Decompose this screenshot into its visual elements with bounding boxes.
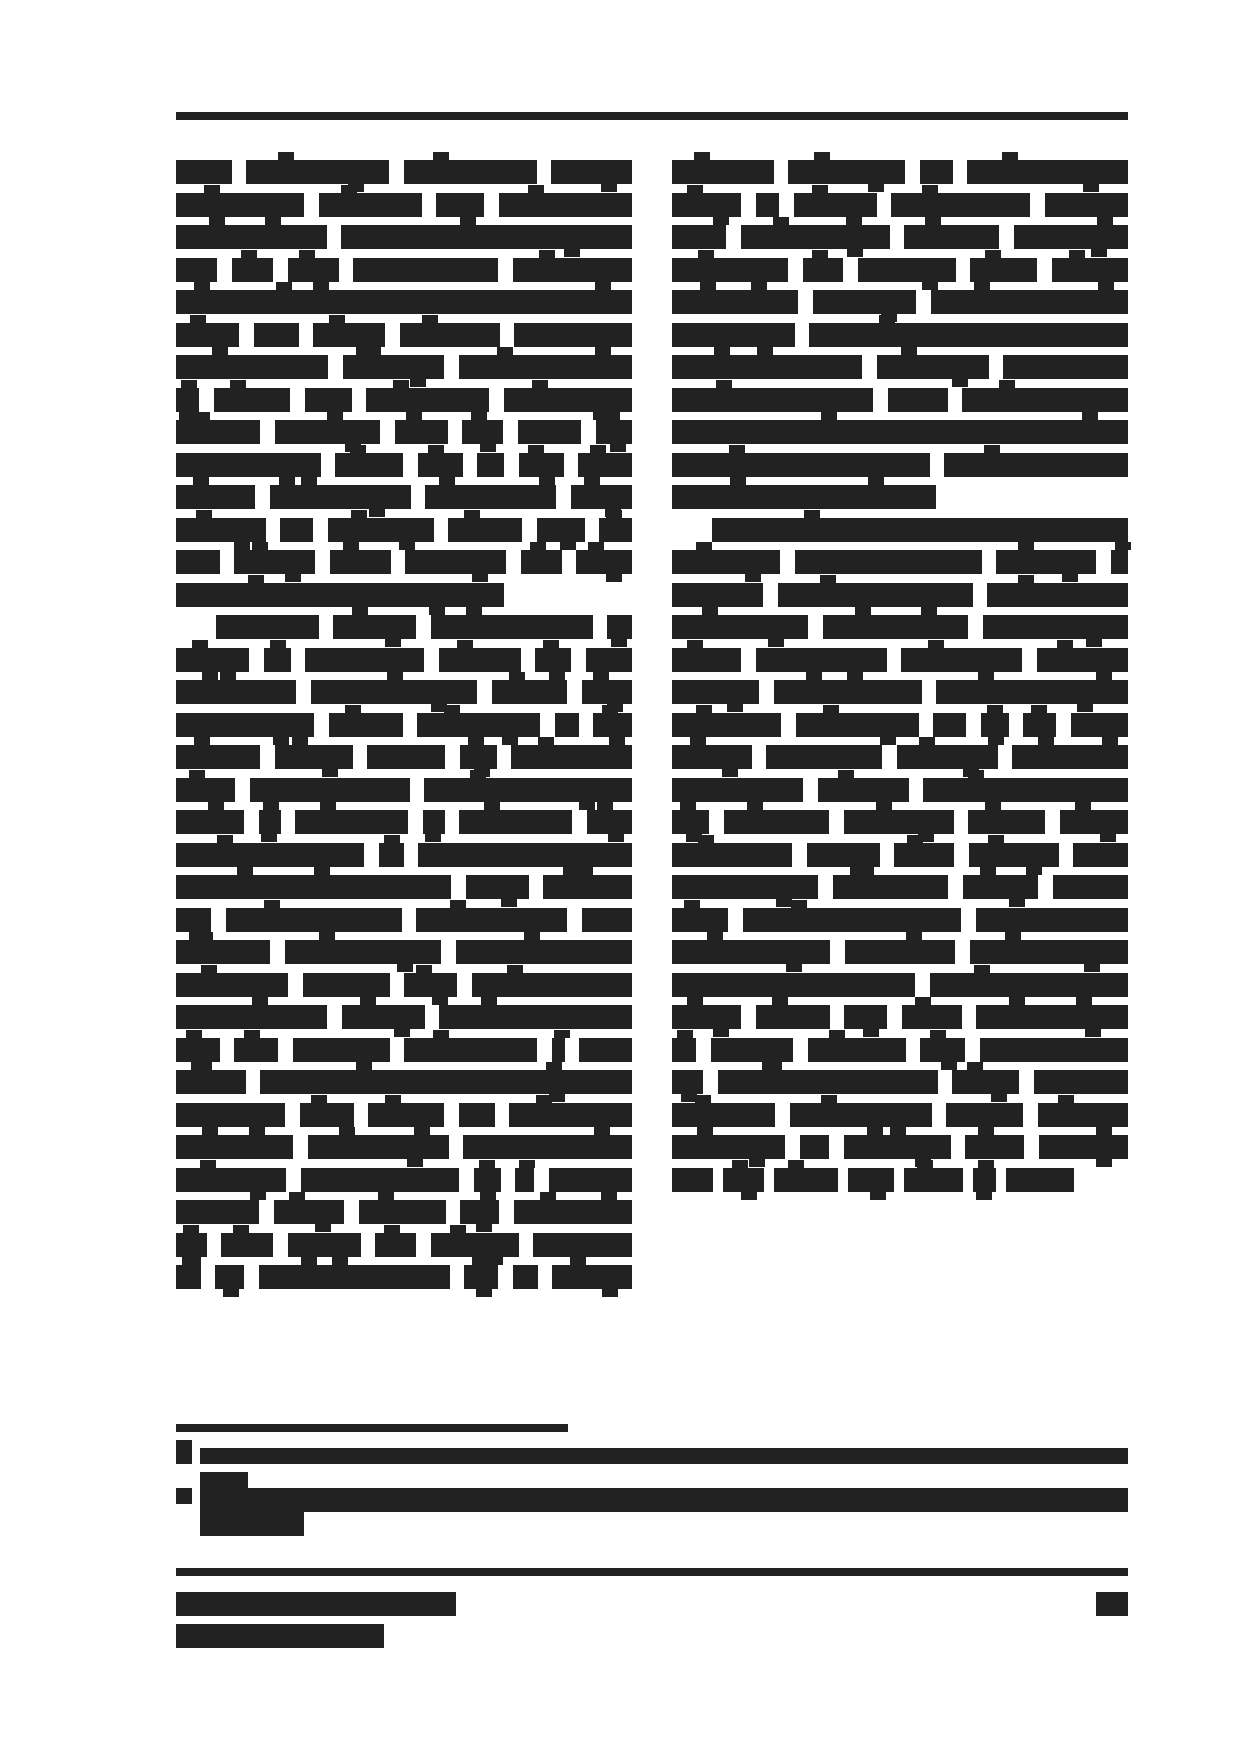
redacted-word <box>395 420 448 444</box>
text-line <box>176 908 632 932</box>
text-line <box>672 388 1128 412</box>
redacted-word <box>976 908 1128 932</box>
journal-name-text: [redacted] <box>176 1592 177 1593</box>
redacted-word <box>176 453 321 477</box>
redacted-word <box>417 713 540 737</box>
redacted-word <box>295 810 408 834</box>
text-line <box>176 778 632 802</box>
text-line <box>672 908 1128 932</box>
redacted-word <box>766 745 882 769</box>
redacted-word <box>888 388 948 412</box>
redacted-word <box>537 518 585 542</box>
redacted-word <box>319 193 422 217</box>
redacted-word <box>514 1200 632 1224</box>
redacted-word <box>818 778 909 802</box>
redacted-word <box>672 323 795 347</box>
redacted-word <box>672 193 741 217</box>
redacted-word <box>215 1265 244 1289</box>
redacted-word <box>980 1038 1128 1062</box>
redacted-word <box>848 1168 894 1192</box>
text-line <box>176 420 632 444</box>
redacted-word <box>519 453 564 477</box>
redacted-word <box>288 1233 361 1257</box>
redacted-word <box>176 778 235 802</box>
redacted-word <box>459 355 632 379</box>
redacted-word <box>1014 225 1128 249</box>
redacted-word <box>1071 713 1128 737</box>
page: [redacted] [redacted] [redacted] [redact… <box>0 0 1240 1754</box>
redacted-word <box>576 550 632 574</box>
redacted-word <box>418 453 463 477</box>
redacted-word <box>303 973 390 997</box>
redacted-word <box>1003 355 1128 379</box>
redacted-word <box>571 485 632 509</box>
redacted-word <box>724 810 829 834</box>
redacted-word <box>672 615 808 639</box>
redacted-word <box>448 518 522 542</box>
redacted-word <box>672 1135 785 1159</box>
text-line <box>176 1070 632 1094</box>
text-line <box>176 550 632 574</box>
redacted-word <box>1012 745 1128 769</box>
redacted-word <box>513 258 632 282</box>
redacted-word <box>404 1038 537 1062</box>
text-line <box>672 810 1128 834</box>
redacted-word <box>176 290 632 314</box>
redacted-word <box>672 225 726 249</box>
text-line <box>672 1135 1128 1159</box>
redacted-word <box>944 453 1128 477</box>
redacted-word <box>176 323 239 347</box>
text-line <box>176 713 632 737</box>
redacted-word <box>672 713 781 737</box>
redacted-word <box>232 258 273 282</box>
redacted-word <box>794 193 877 217</box>
text-line <box>672 875 1128 899</box>
text-line <box>672 323 1128 347</box>
redacted-word <box>845 940 955 964</box>
redacted-word <box>176 160 232 184</box>
redacted-word <box>582 908 632 932</box>
header-rule <box>176 112 1128 120</box>
text-line <box>176 648 632 672</box>
redacted-word <box>367 745 445 769</box>
redacted-word <box>280 518 313 542</box>
redacted-word <box>300 1103 354 1127</box>
redacted-word <box>176 745 260 769</box>
redacted-word <box>176 1168 286 1192</box>
footnote-2-marker <box>176 1488 192 1504</box>
text-line <box>176 1265 632 1289</box>
redacted-word <box>459 1103 495 1127</box>
redacted-word <box>672 290 798 314</box>
redacted-word <box>176 843 364 867</box>
redacted-word <box>176 225 327 249</box>
redacted-word <box>976 1005 1128 1029</box>
redacted-word <box>176 1038 220 1062</box>
redacted-word <box>234 550 315 574</box>
redacted-word <box>796 713 919 737</box>
redacted-word <box>176 810 244 834</box>
redacted-word <box>672 550 780 574</box>
redacted-word <box>342 1005 425 1029</box>
redacted-word <box>474 1168 501 1192</box>
redacted-word <box>808 1038 906 1062</box>
issue-info-text: [redacted] <box>176 1624 177 1625</box>
redacted-word <box>379 843 404 867</box>
redacted-word <box>877 355 989 379</box>
text-line <box>672 1103 1128 1127</box>
redacted-word <box>176 1135 293 1159</box>
redacted-word <box>176 1103 285 1127</box>
redacted-word <box>305 648 424 672</box>
redacted-word <box>463 1135 632 1159</box>
redacted-word <box>970 940 1128 964</box>
redacted-word <box>973 1168 996 1192</box>
text-line <box>672 680 1128 704</box>
redacted-word <box>1038 1103 1128 1127</box>
redacted-word <box>946 1103 1023 1127</box>
redacted-word <box>931 290 1128 314</box>
redacted-word <box>460 745 497 769</box>
redacted-word <box>970 258 1037 282</box>
redacted-word <box>936 680 1128 704</box>
redacted-word <box>375 1233 416 1257</box>
text-line <box>672 713 1128 737</box>
redacted-word <box>513 1265 538 1289</box>
redacted-word <box>672 875 818 899</box>
text-line <box>672 973 1128 997</box>
text-line <box>712 518 1128 542</box>
redacted-word <box>969 843 1059 867</box>
redacted-word <box>672 355 862 379</box>
redacted-word <box>711 1038 793 1062</box>
redacted-word <box>672 745 752 769</box>
redacted-word <box>1060 810 1128 834</box>
redacted-word <box>596 420 632 444</box>
redacted-word <box>555 713 579 737</box>
redacted-word <box>672 388 873 412</box>
redacted-word <box>514 323 632 347</box>
redacted-word <box>1023 713 1056 737</box>
redacted-word <box>672 258 788 282</box>
redacted-word <box>578 453 632 477</box>
redacted-word <box>368 1103 444 1127</box>
redacted-word <box>176 583 504 607</box>
redacted-word <box>987 583 1128 607</box>
redacted-word <box>221 1233 273 1257</box>
redacted-word <box>329 713 403 737</box>
redacted-word <box>418 843 632 867</box>
redacted-word <box>774 1168 838 1192</box>
redacted-word <box>176 420 260 444</box>
text-line <box>176 1200 632 1224</box>
redacted-word <box>1052 258 1128 282</box>
redacted-word <box>894 843 954 867</box>
text-line <box>176 745 632 769</box>
redacted-word <box>672 908 728 932</box>
redacted-word <box>521 550 562 574</box>
footnote-2-line-1 <box>200 1488 1128 1512</box>
text-line <box>672 1005 1128 1029</box>
redacted-word <box>1034 1070 1128 1094</box>
redacted-word <box>904 225 999 249</box>
page-number-text: [redacted] <box>1096 1592 1097 1593</box>
text-line <box>176 1005 632 1029</box>
redacted-word <box>176 355 328 379</box>
redacted-word <box>176 713 314 737</box>
redacted-word <box>285 940 441 964</box>
redacted-word <box>672 810 709 834</box>
text-line <box>176 843 632 867</box>
text-line <box>216 615 632 639</box>
redacted-word <box>587 810 632 834</box>
redacted-word <box>712 518 1128 542</box>
text-line <box>176 680 632 704</box>
redacted-word <box>366 388 489 412</box>
redacted-word <box>902 1005 962 1029</box>
redacted-word <box>275 420 380 444</box>
redacted-word <box>672 973 915 997</box>
text-line <box>176 1168 632 1192</box>
redacted-word <box>996 550 1096 574</box>
redacted-word <box>176 550 220 574</box>
redacted-word <box>858 258 956 282</box>
redacted-word <box>176 875 451 899</box>
redacted-word <box>844 810 954 834</box>
redacted-word <box>343 355 444 379</box>
redacted-word <box>359 1200 446 1224</box>
text-line <box>176 1233 632 1257</box>
redacted-word <box>582 680 632 704</box>
redacted-word <box>259 1265 450 1289</box>
redacted-word <box>844 1135 951 1159</box>
redacted-word <box>923 778 1128 802</box>
redacted-word <box>795 550 982 574</box>
footnote-2-line-2 <box>200 1512 304 1536</box>
text-line <box>672 1168 1074 1192</box>
redacted-word <box>246 160 389 184</box>
redacted-word <box>833 875 948 899</box>
redacted-word <box>535 648 571 672</box>
redacted-word <box>439 648 521 672</box>
text-line <box>176 518 632 542</box>
redacted-word <box>216 615 319 639</box>
redacted-word <box>404 973 457 997</box>
redacted-word <box>774 680 922 704</box>
redacted-word <box>586 648 632 672</box>
redacted-word <box>672 648 741 672</box>
text-line <box>672 550 1128 574</box>
text-line <box>672 290 1128 314</box>
redacted-word <box>456 940 632 964</box>
redacted-word <box>176 193 304 217</box>
redacted-word <box>176 1200 259 1224</box>
redacted-word <box>477 453 504 477</box>
redacted-word <box>313 323 385 347</box>
text-line <box>176 258 632 282</box>
text-line <box>672 453 1128 477</box>
redacted-word <box>293 1038 390 1062</box>
redacted-word <box>425 485 556 509</box>
redacted-word <box>800 1135 829 1159</box>
redacted-word <box>462 420 503 444</box>
issue-info: [redacted] <box>176 1624 384 1648</box>
redacted-word <box>176 388 199 412</box>
redacted-word <box>466 875 529 899</box>
text-line <box>672 225 1128 249</box>
redacted-word <box>176 485 255 509</box>
redacted-word <box>672 583 763 607</box>
redacted-word <box>472 973 632 997</box>
redacted-word <box>400 323 500 347</box>
redacted-word <box>723 1168 764 1192</box>
redacted-word <box>460 1200 499 1224</box>
redacted-word <box>672 1038 696 1062</box>
redacted-word <box>823 615 968 639</box>
redacted-word <box>214 388 290 412</box>
redacted-word <box>672 420 1128 444</box>
redacted-word <box>672 680 759 704</box>
redacted-word <box>952 1070 1019 1094</box>
text-line <box>176 1103 632 1127</box>
text-line <box>176 583 504 607</box>
redacted-word <box>930 973 1128 997</box>
redacted-word <box>492 680 567 704</box>
redacted-word <box>341 225 632 249</box>
redacted-word <box>672 453 930 477</box>
text-line <box>176 453 632 477</box>
redacted-word <box>431 615 593 639</box>
redacted-word <box>607 615 632 639</box>
redacted-word <box>301 1168 459 1192</box>
text-line <box>672 193 1128 217</box>
text-line <box>672 1070 1128 1094</box>
redacted-word <box>904 1168 963 1192</box>
redacted-word <box>756 648 887 672</box>
redacted-word <box>439 1005 632 1029</box>
redacted-word <box>790 1103 932 1127</box>
redacted-word <box>515 1168 534 1192</box>
redacted-word <box>891 193 1030 217</box>
redacted-word <box>176 908 211 932</box>
redacted-word <box>533 1233 632 1257</box>
text-line <box>176 810 632 834</box>
redacted-word <box>504 388 632 412</box>
redacted-word <box>436 193 484 217</box>
redacted-word <box>672 1103 775 1127</box>
text-line <box>672 648 1128 672</box>
redacted-word <box>259 810 281 834</box>
text-line <box>672 160 1128 184</box>
redacted-word <box>965 1135 1024 1159</box>
redacted-word <box>288 258 339 282</box>
footer-rule <box>176 1568 1128 1576</box>
redacted-word <box>176 1233 207 1257</box>
text-line <box>672 1038 1128 1062</box>
redacted-word <box>672 1070 703 1094</box>
redacted-word <box>672 160 774 184</box>
text-line <box>176 1038 632 1062</box>
redacted-word <box>274 1200 344 1224</box>
redacted-word <box>809 323 1128 347</box>
redacted-word <box>672 1168 713 1192</box>
redacted-word <box>552 1265 632 1289</box>
redacted-word <box>549 1168 632 1192</box>
redacted-word <box>176 973 288 997</box>
redacted-word <box>176 1005 327 1029</box>
redacted-word <box>743 908 961 932</box>
redacted-word <box>778 583 973 607</box>
text-line <box>176 1135 632 1159</box>
text-line <box>672 420 1128 444</box>
redacted-word <box>416 908 567 932</box>
redacted-word <box>756 1005 830 1029</box>
text-line <box>176 323 632 347</box>
redacted-word <box>983 615 1128 639</box>
redacted-word <box>962 388 1128 412</box>
redacted-word <box>176 1070 246 1094</box>
redacted-word <box>270 485 411 509</box>
redacted-word <box>424 778 632 802</box>
footnote-1-marker <box>176 1440 192 1464</box>
redacted-word <box>176 258 217 282</box>
redacted-word <box>967 160 1128 184</box>
text-line <box>672 778 1128 802</box>
redacted-word <box>464 1265 498 1289</box>
redacted-word <box>459 810 572 834</box>
redacted-word <box>330 550 391 574</box>
text-line <box>672 940 1128 964</box>
text-line <box>176 290 632 314</box>
redacted-word <box>933 713 966 737</box>
text-line <box>672 485 936 509</box>
redacted-word <box>1037 648 1128 672</box>
redacted-word <box>305 388 352 412</box>
redacted-word <box>275 745 353 769</box>
redacted-word <box>901 648 1022 672</box>
redacted-word <box>741 225 890 249</box>
text-line <box>176 193 632 217</box>
redacted-word <box>551 160 632 184</box>
footnote-separator <box>176 1424 568 1432</box>
redacted-word <box>1039 1135 1128 1159</box>
redacted-word <box>431 1233 519 1257</box>
text-line <box>672 843 1128 867</box>
redacted-word <box>543 875 632 899</box>
redacted-word <box>813 290 916 314</box>
redacted-word <box>423 810 445 834</box>
redacted-word <box>579 1038 632 1062</box>
page-number: [redacted] <box>1096 1592 1128 1616</box>
redacted-word <box>264 648 291 672</box>
redacted-word <box>1053 875 1128 899</box>
redacted-word <box>552 1038 565 1062</box>
redacted-word <box>672 843 792 867</box>
redacted-word <box>672 485 936 509</box>
redacted-word <box>405 550 506 574</box>
text-line <box>176 973 632 997</box>
text-line <box>176 485 632 509</box>
redacted-word <box>897 745 998 769</box>
text-line <box>672 615 1128 639</box>
redacted-word <box>599 518 632 542</box>
text-line <box>176 875 632 899</box>
redacted-word <box>788 160 905 184</box>
footnote-1-line-1 <box>200 1448 1128 1464</box>
text-line <box>176 388 632 412</box>
redacted-word <box>353 258 498 282</box>
